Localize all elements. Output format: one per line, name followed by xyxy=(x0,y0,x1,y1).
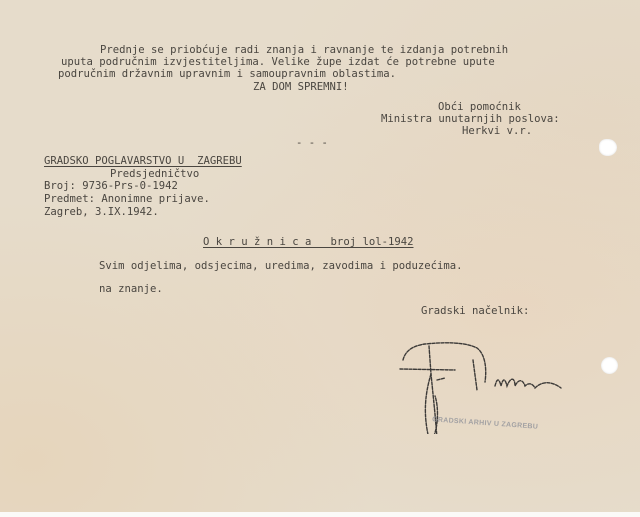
document-page: Prednje se priobćuje radi znanja i ravna… xyxy=(0,0,640,512)
punch-hole-top xyxy=(599,139,617,156)
subject-line: Predmet: Anonimne prijave. xyxy=(44,193,210,205)
paragraph-line-1: Prednje se priobćuje radi znanja i ravna… xyxy=(100,44,508,56)
salutation: ZA DOM SPREMNI! xyxy=(253,81,349,93)
organization-header: GRADSKO POGLAVARSTVO U ZAGREBU xyxy=(44,155,242,167)
signatory-title-2: Ministra unutarnjih poslova: xyxy=(381,113,560,125)
department: Predsjedničtvo xyxy=(110,168,199,180)
recipients-line: Svim odjelima, odsjecima, uredima, zavod… xyxy=(99,260,463,272)
paragraph-line-2: uputa područnim izvjestiteljima. Velike … xyxy=(61,56,495,68)
note-line: na znanje. xyxy=(99,283,163,295)
circular-title: O k r u ž n i c a broj lol-1942 xyxy=(203,236,413,248)
closing-title: Gradski načelnik: xyxy=(421,305,529,317)
scan-border xyxy=(0,512,640,517)
punch-hole-bottom xyxy=(601,357,618,374)
signatory-name: Herkvi v.r. xyxy=(462,125,532,137)
place-date: Zagreb, 3.IX.1942. xyxy=(44,206,159,218)
separator: - - - xyxy=(296,137,328,149)
paragraph-line-3: područnim državnim upravnim i samoupravn… xyxy=(58,68,396,80)
reference-number: Broj: 9736-Prs-0-1942 xyxy=(44,180,178,192)
signatory-title-1: Obći pomoćnik xyxy=(438,101,521,113)
